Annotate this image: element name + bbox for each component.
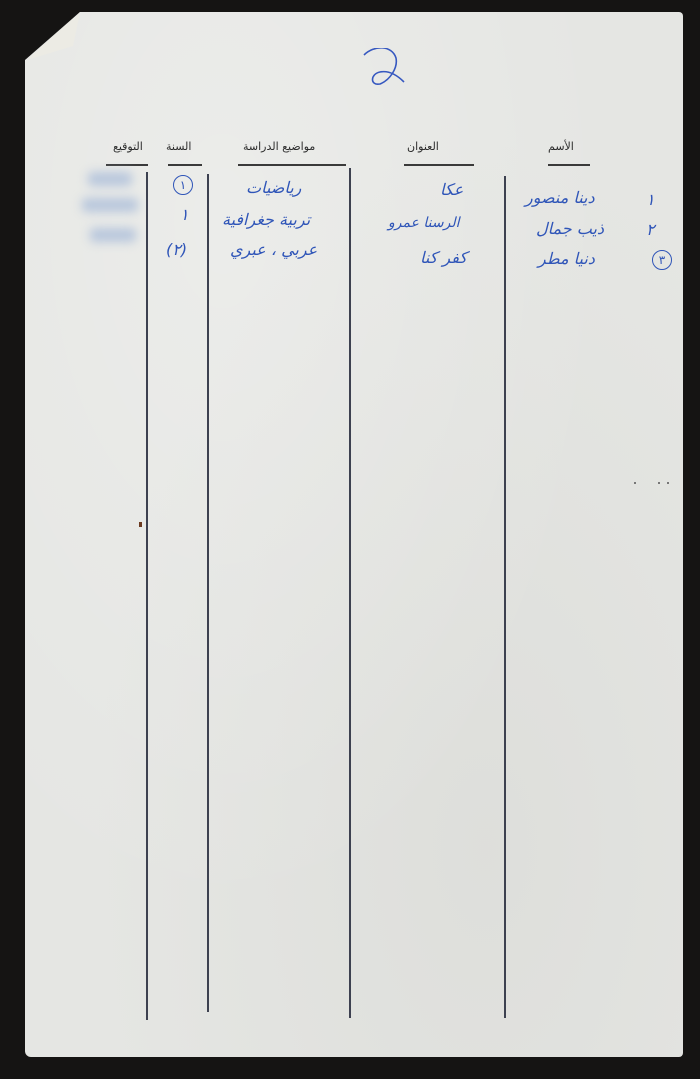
header-subjects-underline (238, 164, 346, 166)
header-signature: التوقيع (113, 140, 143, 153)
header-signature-underline (106, 164, 148, 166)
header-name: الأسم (548, 140, 574, 153)
header-address-underline (404, 164, 474, 166)
column-divider-1 (146, 172, 148, 1020)
cell-name: ذيب جمال (536, 219, 604, 238)
cell-name: دينا منصور (525, 188, 595, 207)
column-divider-3 (349, 168, 351, 1018)
cell-subjects: عربي ، عبري (230, 240, 317, 259)
page-number-mark-icon (360, 48, 420, 93)
cell-address: الرسنا عمرو (388, 215, 459, 231)
cell-subjects: تربية جغرافية (222, 210, 310, 229)
document-page (25, 12, 683, 1057)
header-address: العنوان (407, 140, 439, 153)
paper-speck (139, 522, 142, 527)
cell-year: (٢) (166, 240, 187, 259)
cell-address: كفر كنا (420, 248, 467, 267)
header-year: السنة (166, 140, 191, 153)
cell-year-circled: ١ (173, 174, 193, 195)
paper-dot (634, 482, 636, 484)
paper-dot (667, 482, 669, 484)
cell-year: ١ (180, 205, 189, 224)
cell-subjects: رياضيات (246, 178, 301, 197)
column-divider-2 (207, 174, 209, 1012)
paper-dot (658, 482, 660, 484)
row-number: ٢ (646, 220, 655, 239)
cell-address: عكا (440, 180, 463, 199)
header-subjects: مواضيع الدراسة (243, 140, 315, 153)
column-divider-4 (504, 176, 506, 1018)
signature-redacted (80, 170, 140, 250)
header-year-underline (168, 164, 202, 166)
row-number-circled: ٣ (652, 249, 672, 270)
row-number: ١ (646, 190, 655, 209)
header-name-underline (548, 164, 590, 166)
cell-name: دنيا مطر (538, 249, 595, 268)
